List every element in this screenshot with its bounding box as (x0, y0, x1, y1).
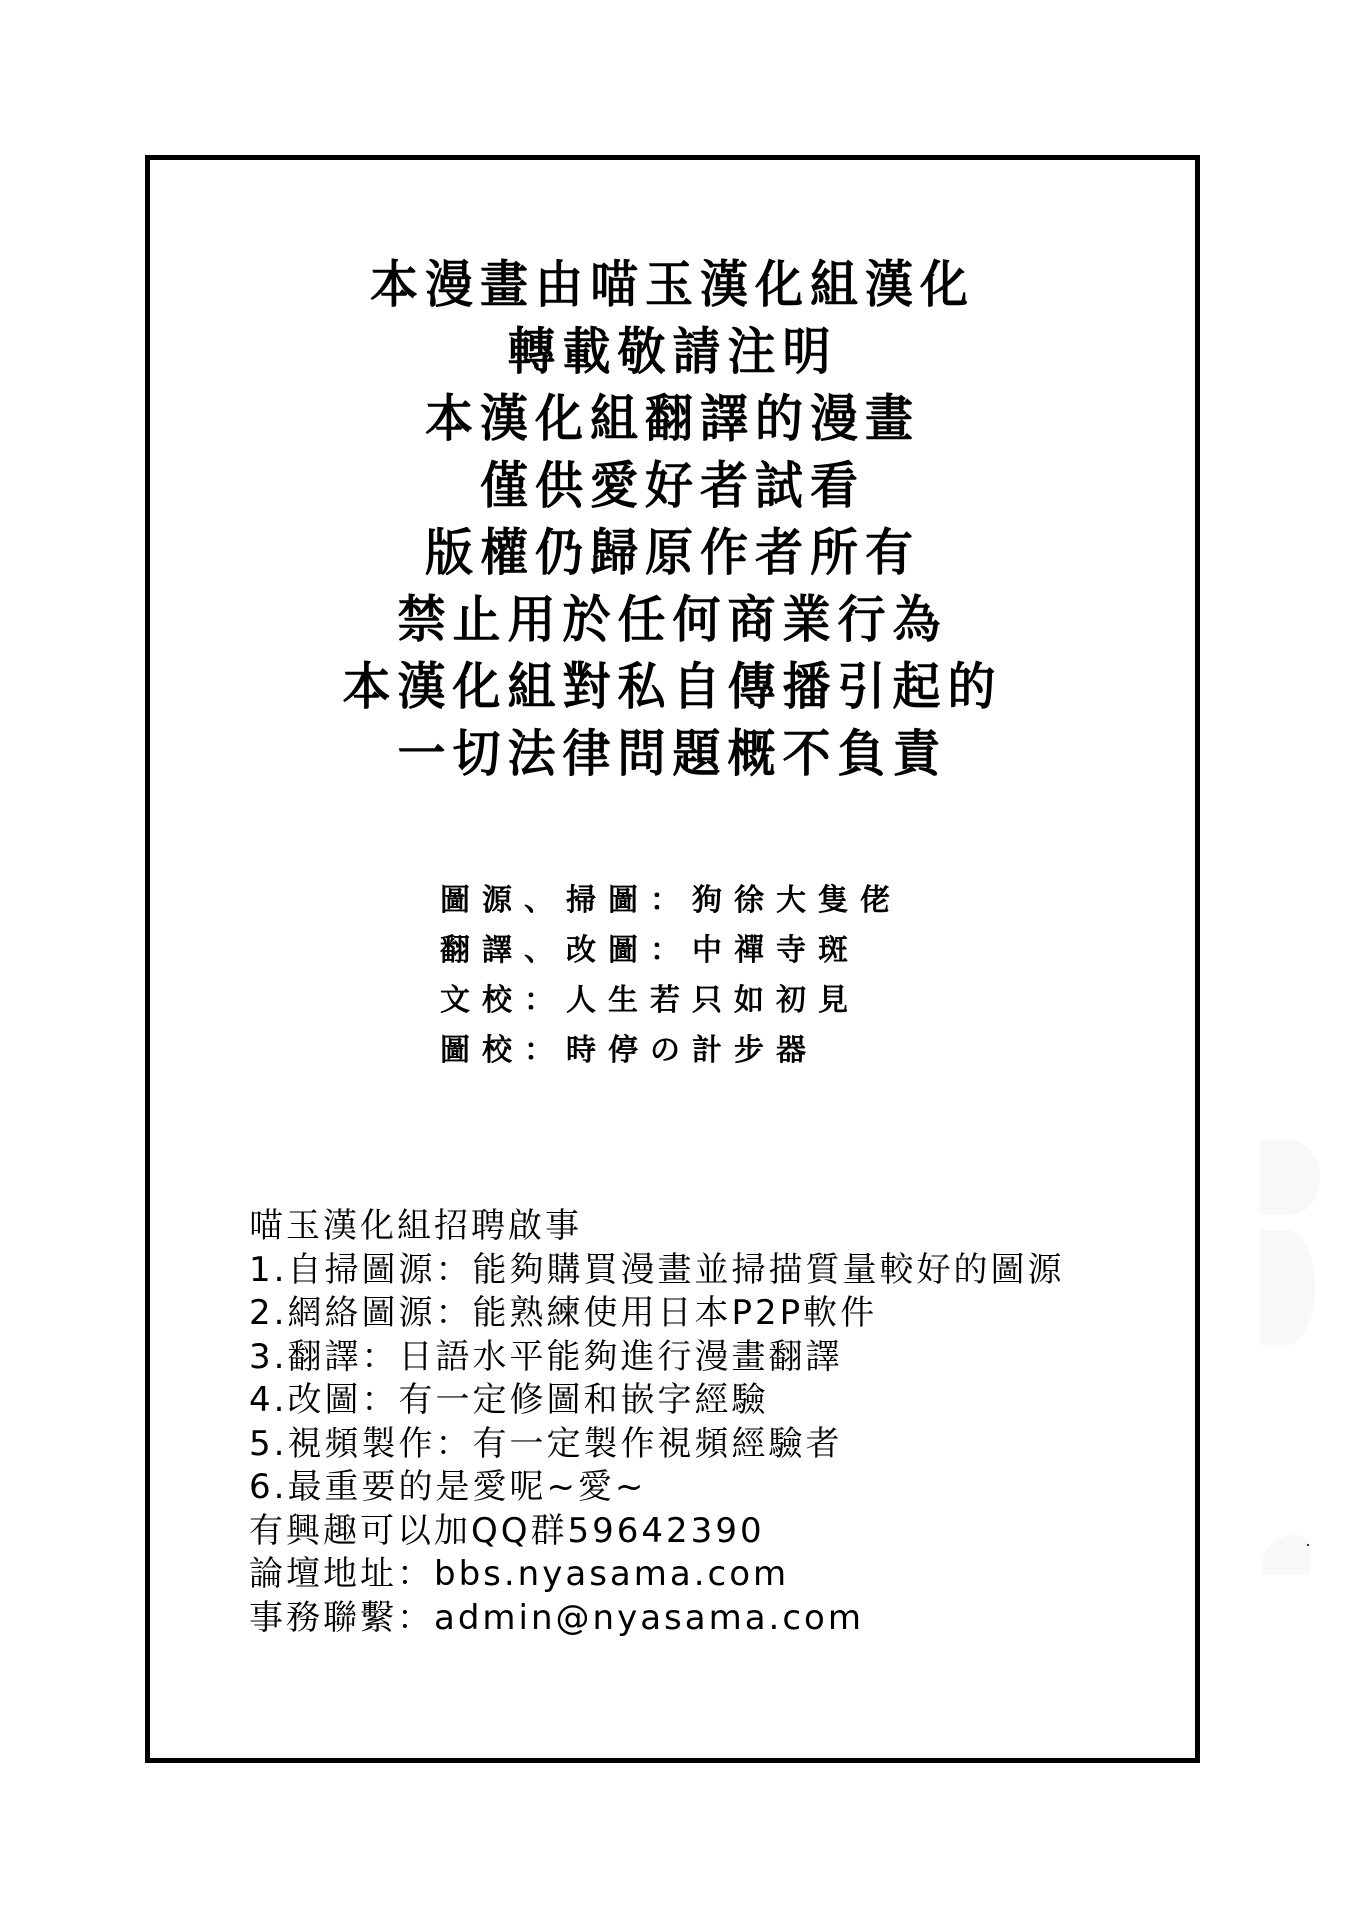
credit-translation: 翻譯、改圖：中禪寺斑 (440, 926, 902, 976)
credit-scan: 圖源、掃圖：狗徐大隻佬 (440, 876, 902, 926)
notice-line: 一切法律問題概不負責 (145, 719, 1200, 789)
scan-speck (1307, 1544, 1309, 1546)
bleed-through-shape (1260, 1230, 1315, 1345)
notice-line: 僅供愛好者試看 (145, 451, 1200, 521)
recruitment-item: 5.視頻製作：有一定製作視頻經驗者 (249, 1423, 1064, 1467)
recruitment-notice: 喵玉漢化組招聘啟事 1.自掃圖源：能夠購買漫畫並掃描質量較好的圖源 2.網絡圖源… (249, 1205, 1064, 1640)
notice-line: 版權仍歸原作者所有 (145, 518, 1200, 588)
bleed-through-shape (1260, 1140, 1320, 1215)
recruitment-item: 6.最重要的是愛呢~愛~ (249, 1466, 1064, 1510)
credit-proofread-text: 文校：人生若只如初見 (440, 976, 902, 1026)
qq-group-info: 有興趣可以加QQ群59642390 (249, 1510, 1064, 1554)
staff-credits: 圖源、掃圖：狗徐大隻佬 翻譯、改圖：中禪寺斑 文校：人生若只如初見 圖校：時停の… (440, 876, 902, 1076)
notice-line: 本漢化組翻譯的漫畫 (145, 384, 1200, 454)
recruitment-item: 2.網絡圖源：能熟練使用日本P2P軟件 (249, 1292, 1064, 1336)
recruitment-title: 喵玉漢化組招聘啟事 (249, 1205, 1064, 1249)
notice-line: 本漢化組對私自傳播引起的 (145, 652, 1200, 722)
recruitment-item: 1.自掃圖源：能夠購買漫畫並掃描質量較好的圖源 (249, 1249, 1064, 1293)
credit-proofread-image: 圖校：時停の計步器 (440, 1026, 902, 1076)
notice-line: 禁止用於任何商業行為 (145, 585, 1200, 655)
recruitment-item: 4.改圖：有一定修圖和嵌字經驗 (249, 1379, 1064, 1423)
recruitment-item: 3.翻譯：日語水平能夠進行漫畫翻譯 (249, 1336, 1064, 1380)
bleed-through-shape (1262, 1535, 1310, 1575)
forum-address: 論壇地址：bbs.nyasama.com (249, 1553, 1064, 1597)
copyright-notice: 本漫畫由喵玉漢化組漢化 轉載敬請注明 本漢化組翻譯的漫畫 僅供愛好者試看 版權仍… (145, 252, 1200, 788)
notice-line: 轉載敬請注明 (145, 317, 1200, 387)
contact-email: 事務聯繫：admin@nyasama.com (249, 1597, 1064, 1641)
notice-line: 本漫畫由喵玉漢化組漢化 (145, 250, 1200, 320)
